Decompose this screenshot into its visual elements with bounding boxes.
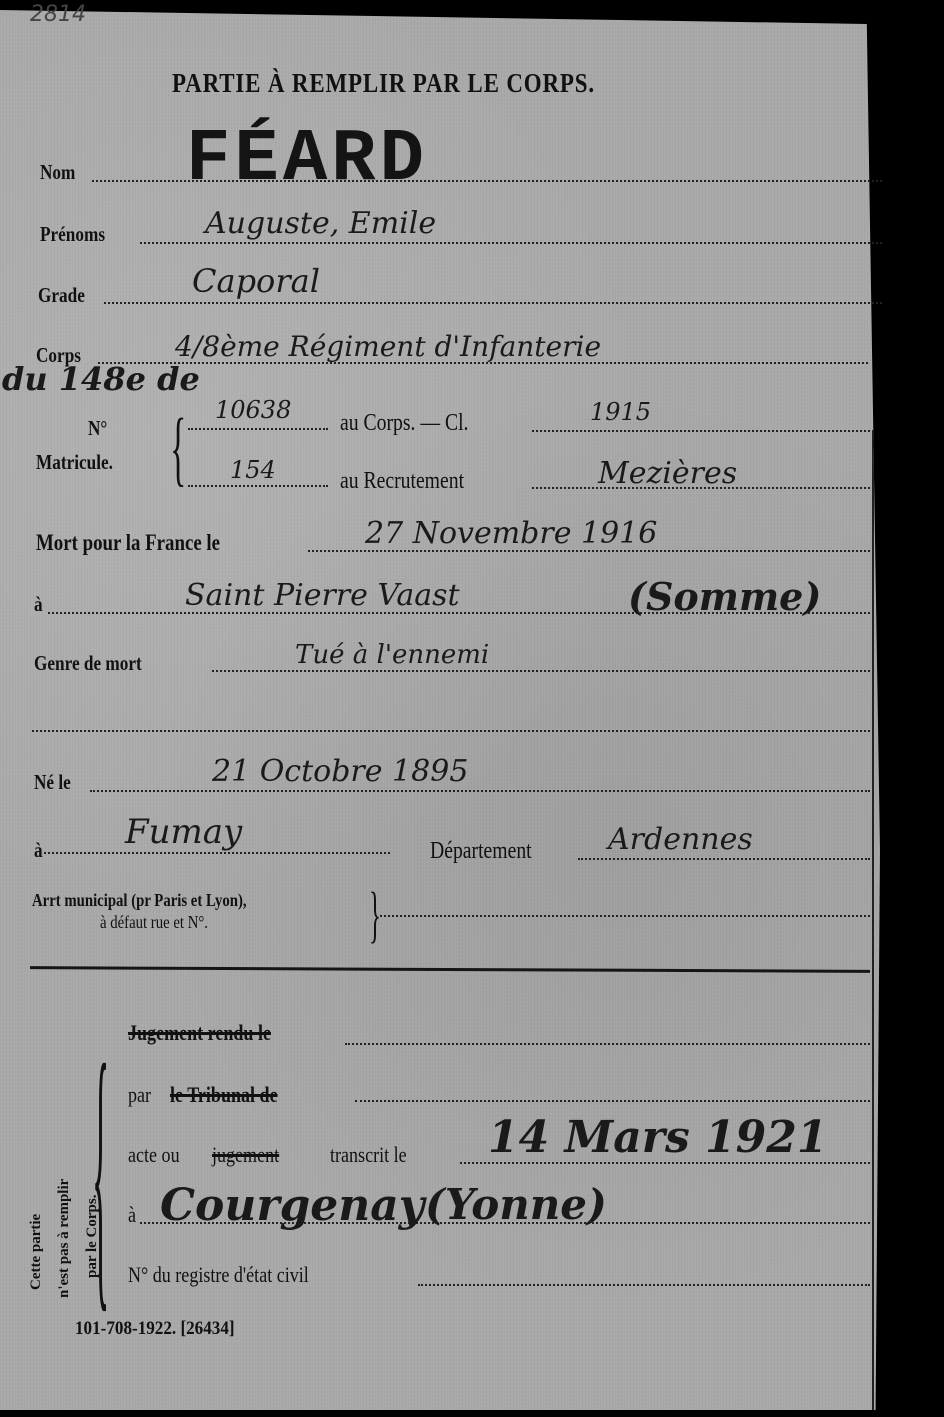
arrondissement-sublabel: à défaut rue et N°.: [100, 912, 208, 933]
grade-label: Grade: [38, 283, 85, 308]
genre-mort-label: Genre de mort: [34, 651, 142, 676]
matricule-recrutement-number: 154: [230, 456, 276, 484]
matricule-label-n: N°: [88, 416, 107, 441]
genre-mort-value: Tué à l'ennemi: [295, 640, 489, 670]
transcrit-suffix: transcrit le: [330, 1142, 407, 1168]
corps-margin-note: du 148e de: [2, 360, 200, 398]
departement-label: Département: [430, 838, 532, 865]
matricule-label: Matricule.: [36, 450, 113, 475]
nom-label: Nom: [40, 160, 75, 185]
tribunal-line: [355, 1100, 870, 1102]
departement-line: [578, 858, 870, 860]
classe-value: 1915: [590, 398, 651, 426]
arrondissement-line: [380, 915, 870, 917]
matricule-recrutement-line: [188, 485, 328, 487]
recrutement-place: Mezières: [598, 456, 737, 491]
corps-value: 4/8ème Régiment d'Infanterie: [175, 330, 601, 363]
genre-mort-line: [212, 670, 870, 672]
matricule-recrutement-text: au Recrutement: [340, 468, 464, 495]
registre-label: N° du registre d'état civil: [128, 1262, 309, 1288]
matricule-corps-line: [188, 428, 328, 430]
grade-value: Caporal: [192, 262, 320, 300]
form-title: PARTIE À REMPLIR PAR LE CORPS.: [172, 68, 595, 99]
registre-line: [418, 1284, 870, 1286]
tribunal-prefix: par: [128, 1082, 151, 1108]
arrondissement-label: Arrt municipal (pr Paris et Lyon),: [32, 890, 247, 911]
departement-value: Ardennes: [608, 822, 753, 857]
lieu-transcription-region: (Yonne): [425, 1180, 607, 1229]
grade-line: [104, 302, 882, 304]
lower-brace: {: [92, 1020, 109, 1320]
transcrit-struck: jugement: [212, 1142, 279, 1168]
blank-line: [32, 730, 870, 732]
lieu-mort-value: Saint Pierre Vaast: [185, 578, 460, 613]
lieu-mort-region: (Somme): [628, 574, 821, 619]
classe-line: [532, 430, 870, 432]
naissance-line: [90, 790, 870, 792]
jugement-label: Jugement rendu le: [128, 1020, 271, 1046]
naissance-value: 21 Octobre 1895: [212, 754, 468, 789]
prenoms-label: Prénoms: [40, 222, 105, 247]
card-edge: [872, 430, 874, 1410]
lieu-mort-label: à: [34, 592, 43, 617]
archive-number: 2814: [30, 2, 86, 27]
tribunal-label: le Tribunal de: [170, 1082, 278, 1108]
jugement-line: [345, 1043, 870, 1045]
matricule-corps-text: au Corps. — Cl.: [340, 410, 468, 437]
side-note-line-1: Cette partie: [28, 1214, 45, 1290]
mort-label: Mort pour la France le: [36, 530, 220, 556]
form-reference: 101-708-1922. [26434]: [75, 1318, 235, 1340]
matricule-corps-number: 10638: [215, 396, 291, 424]
nom-value: FÉARD: [186, 118, 428, 202]
transcrit-prefix: acte ou: [128, 1142, 180, 1168]
lieu-transcription-value: Courgenay: [160, 1180, 424, 1231]
naissance-label: Né le: [34, 770, 71, 795]
lieu-naissance-value: Fumay: [125, 812, 242, 852]
matricule-brace: {: [170, 400, 186, 497]
prenoms-line: [140, 242, 882, 244]
prenoms-value: Auguste, Emile: [205, 206, 436, 241]
lieu-naissance-line: [44, 852, 390, 854]
transcrit-value: 14 Mars 1921: [488, 1112, 828, 1163]
mort-value: 27 Novembre 1916: [365, 516, 657, 551]
lieu-naissance-label: à: [34, 838, 43, 863]
lieu-transcription-label: à: [128, 1202, 136, 1228]
side-note-line-2: n'est pas à remplir: [56, 1179, 73, 1298]
